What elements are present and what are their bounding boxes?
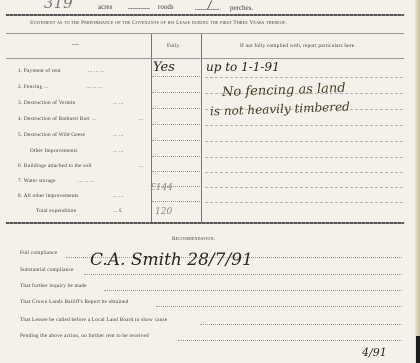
fully-value-total: 120 <box>155 207 172 217</box>
row-label-3: 3. Destruction of Vermin <box>18 100 75 106</box>
particulars-value-fencing-1: No fencing as land <box>222 81 346 100</box>
perches-handwritten: / <box>208 0 211 11</box>
roods-blank <box>128 8 150 9</box>
particulars-line-5 <box>205 141 403 142</box>
particulars-line-4 <box>205 125 403 126</box>
particulars-line-7 <box>205 172 403 173</box>
column-header-particulars: If not fully complied with, report parti… <box>240 43 356 49</box>
page-binding-shadow <box>416 336 420 363</box>
column-header-fully: Fully. <box>167 43 180 49</box>
rec-label-local-land-board: That Lessee be called before a Local Lan… <box>20 317 167 323</box>
perches-label: perches. <box>230 4 253 12</box>
rec-label-pending-action: Pending the above action, no further ren… <box>20 333 149 339</box>
roods-label: roods <box>158 3 174 11</box>
row-leaders-6: ... <box>139 163 144 169</box>
rec-line-pending-action <box>178 340 402 341</box>
row-leaders-7: ... ... ... <box>78 178 95 184</box>
row-label-4: 4. Destruction of Bathurst Burr ... <box>18 116 96 122</box>
page-binding-edge <box>415 0 420 363</box>
rec-line-further-inquiry <box>104 290 402 291</box>
row-leaders-3: ... ... <box>113 100 124 106</box>
row-leaders-other: ... ... <box>113 148 124 154</box>
acres-label: acres <box>98 3 112 11</box>
row-label-8: 8. All other improvements <box>18 193 79 199</box>
rec-line-substantial-compliance <box>84 274 402 275</box>
statement-under-rule <box>6 33 404 34</box>
acres-handwritten: 319 <box>44 0 73 12</box>
fully-line-3 <box>152 108 200 109</box>
fully-line-5 <box>152 140 200 141</box>
fully-line-4 <box>152 124 200 125</box>
row-leaders-2: ... ... ... <box>86 84 103 90</box>
particulars-line-6 <box>205 157 403 158</box>
lease-covenant-form: 319 acres roods / perches. Statement as … <box>0 0 420 363</box>
row-leaders-1: ... ... ... <box>88 68 105 74</box>
row-label-6: 6. Buildings attached to the soil <box>18 163 92 169</box>
row-leaders-5: ... ... <box>113 132 124 138</box>
fully-line-9 <box>152 201 200 202</box>
corner-mark: 4/91 <box>362 346 387 359</box>
statement-bottom-rule <box>6 222 404 224</box>
rec-label-bailiff-report: That Crown Lands Bailiff's Report be obt… <box>20 299 128 305</box>
rec-label-substantial-compliance: Substantial compliance <box>20 267 74 273</box>
row-leaders-total: ... £ <box>113 208 122 214</box>
rec-label-further-inquiry: That further inquiry be made <box>20 283 87 289</box>
fully-line-7 <box>152 171 200 172</box>
column-divider-fully-right <box>201 34 202 222</box>
rec-line-local-land-board <box>200 324 402 325</box>
recommendation-title: Recommendation. <box>172 236 215 242</box>
row-label-other: Other Improvements <box>30 148 78 154</box>
header-under-rule <box>6 58 404 59</box>
particulars-line-1 <box>205 77 403 78</box>
fully-line-1 <box>152 76 200 77</box>
row-label-7: 7. Water storage <box>18 178 56 184</box>
row-leaders-4: ... <box>139 116 144 122</box>
particulars-line-8 <box>205 187 403 188</box>
row-label-2: 2. Fencing ... <box>18 84 48 90</box>
perches-blank <box>195 9 219 10</box>
row-label-1: 1. Payment of rent <box>18 68 61 74</box>
row-leaders-8: ... ... <box>113 193 124 199</box>
fully-line-2 <box>152 92 200 93</box>
rec-label-full-compliance: Full compliance <box>20 250 57 256</box>
signature-substantial-compliance: C.A. Smith 28/7/91 <box>90 250 253 270</box>
column-divider-fully-left <box>151 34 152 222</box>
statement-title: Statement as to the Performance of the C… <box>30 20 287 26</box>
column-header-item: — <box>72 40 79 48</box>
particulars-value-fencing-2: is not heavily timbered <box>210 100 350 119</box>
fully-value-rent: Yes <box>153 60 175 75</box>
fully-value-other-improvements: £144 <box>150 183 173 193</box>
row-label-5: 5. Destruction of Wild Geese <box>18 132 85 138</box>
fully-line-6 <box>152 156 200 157</box>
row-label-total: Total expenditure <box>36 208 77 214</box>
top-double-rule <box>6 14 404 16</box>
particulars-line-9 <box>205 202 403 203</box>
particulars-value-rent: up to 1-1-91 <box>206 60 280 74</box>
rec-line-bailiff-report <box>156 306 402 307</box>
